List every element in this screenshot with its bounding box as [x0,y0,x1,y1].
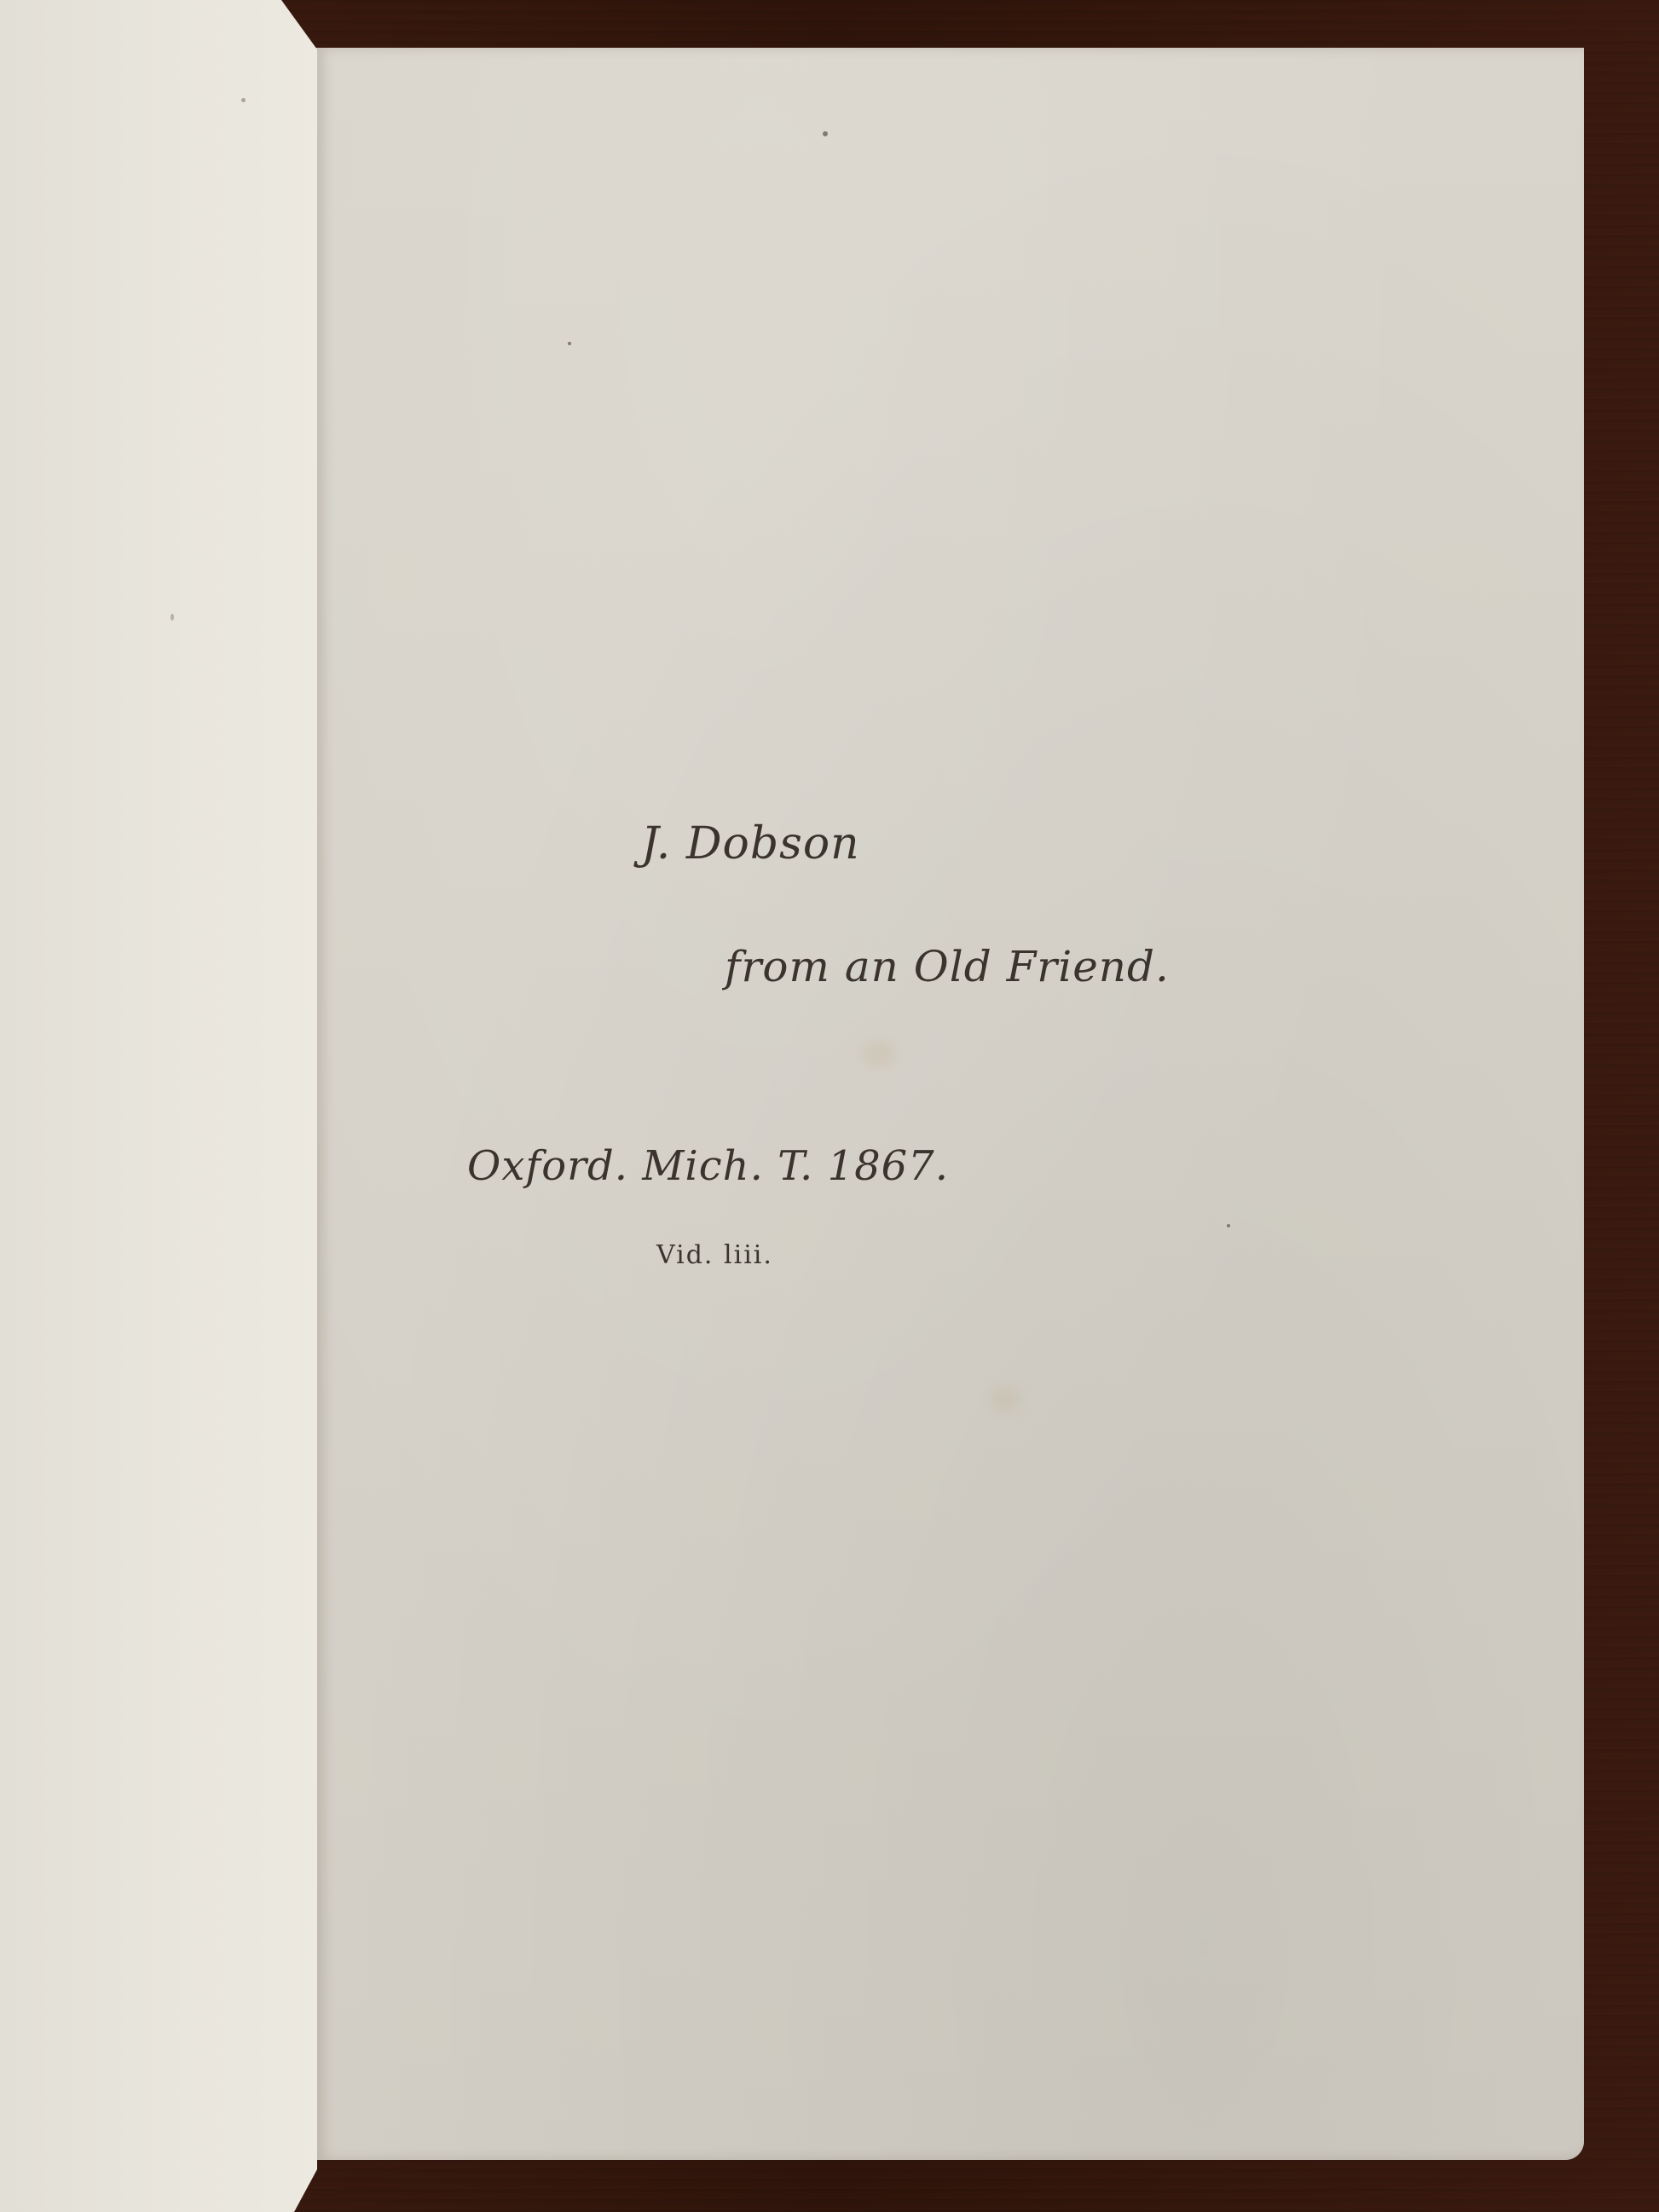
foxing-stain [990,1386,1020,1412]
inscription-place-date: Oxford. Mich. T. 1867. [467,1142,949,1190]
paper-speck [568,342,571,345]
inscription-recipient-name: J. Dobson [641,818,860,869]
right-flyleaf-page [314,48,1584,2160]
paper-speck [241,98,246,102]
left-facing-page [0,0,317,2212]
inscription-reference: Vid. liii. [656,1240,773,1270]
foxing-stain [862,1041,896,1066]
paper-speck [823,131,828,136]
paper-speck [1227,1224,1230,1227]
inscription-from-line: from an Old Friend. [725,942,1170,991]
paper-speck [171,614,174,621]
